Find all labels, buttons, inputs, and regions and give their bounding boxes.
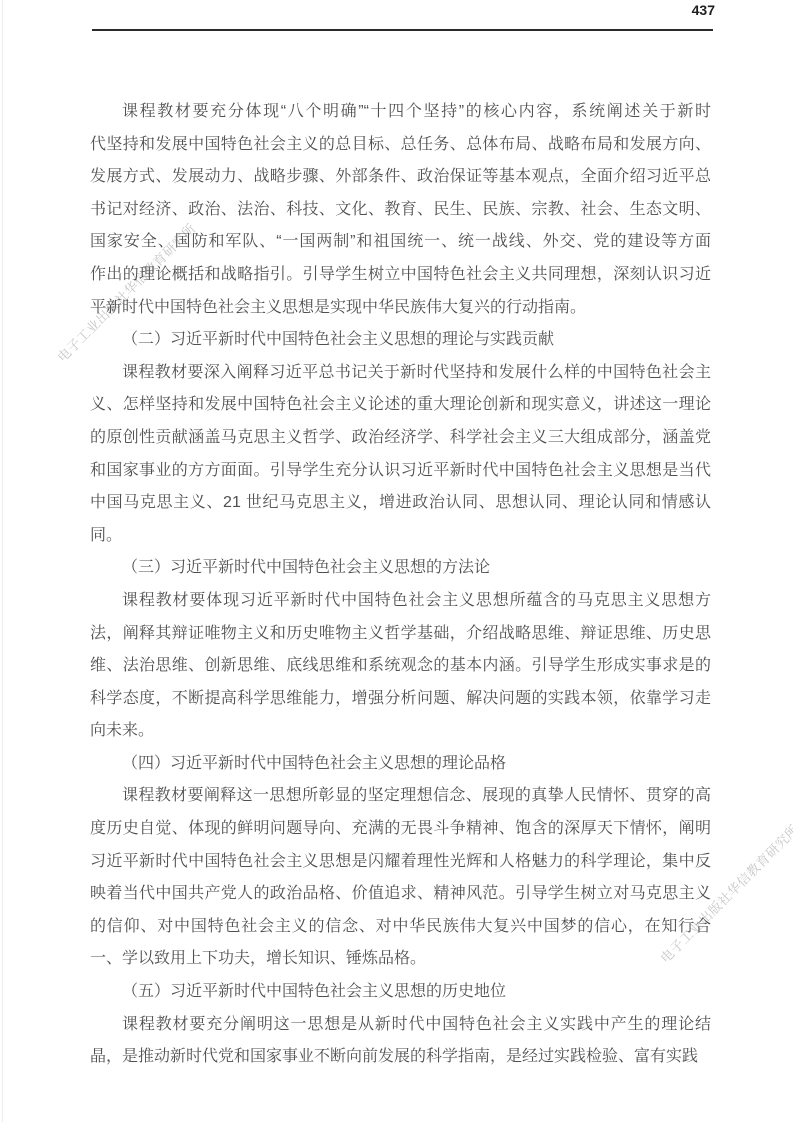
heading-line: （五）习近平新时代中国特色社会主义思想的历史地位 (90, 976, 711, 1009)
paragraph-line: 作出的理论概括和战略指引。引导学生树立中国特色社会主义共同理想，深刻认识习近 (90, 259, 711, 292)
page-number: 437 (630, 1, 715, 19)
paragraph-line: 代坚持和发展中国特色社会主义的总目标、总任务、总体布局、战略布局和发展方向、 (90, 129, 711, 162)
paragraph-line: 和国家事业的方方面面。引导学生充分认识习近平新时代中国特色社会主义思想是当代 (90, 455, 711, 488)
paragraph-line: 课程教材要充分体现“八个明确”“十四个坚持”的核心内容，系统阐述关于新时 (90, 96, 711, 129)
paragraph-line: 课程教材要阐释这一思想所彰显的坚定理想信念、展现的真挚人民情怀、贯穿的高 (90, 780, 711, 813)
paragraph-line: 映着当代中国共产党人的政治品格、价值追求、精神风范。引导学生树立对马克思主义 (90, 878, 711, 911)
paragraph-line: 的原创性贡献涵盖马克思主义哲学、政治经济学、科学社会主义三大组成部分，涵盖党 (90, 422, 711, 455)
paragraph-line: 的信仰、对中国特色社会主义的信念、对中华民族伟大复兴中国梦的信心，在知行合 (90, 911, 711, 944)
paragraph-line: 维、法治思维、创新思维、底线思维和系统观念的基本内涵。引导学生形成实事求是的 (90, 650, 711, 683)
paragraph-line: 法，阐释其辩证唯物主义和历史唯物主义哲学基础，介绍战略思维、辩证思维、历史思 (90, 618, 711, 651)
heading-line: （二）习近平新时代中国特色社会主义思想的理论与实践贡献 (90, 324, 711, 357)
paragraph-line: 科学态度，不断提高科学思维能力，增强分析问题、解决问题的实践本领，依靠学习走 (90, 683, 711, 716)
paragraph-line: 课程教材要体现习近平新时代中国特色社会主义思想所蕴含的马克思主义思想方 (90, 585, 711, 618)
paragraph-line: 中国马克思主义、21 世纪马克思主义，增进政治认同、思想认同、理论认同和情感认 (90, 487, 711, 520)
document-page: 437 电子工业出版社华信教育研究所电子工业出版社华信教育研究所 课程教材要充分… (0, 0, 793, 1122)
paragraph-line: 晶，是推动新时代党和国家事业不断向前发展的科学指南，是经过实践检验、富有实践 (90, 1041, 711, 1074)
paragraph-line: 课程教材要深入阐释习近平总书记关于新时代坚持和发展什么样的中国特色社会主 (90, 357, 711, 390)
paragraph-line: 习近平新时代中国特色社会主义思想是闪耀着理性光辉和人格魅力的科学理论，集中反 (90, 846, 711, 879)
paragraph-line: 平新时代中国特色社会主义思想是实现中华民族伟大复兴的行动指南。 (90, 292, 711, 325)
paragraph-line: 同。 (90, 520, 711, 553)
heading-line: （三）习近平新时代中国特色社会主义思想的方法论 (90, 552, 711, 585)
paragraph-line: 国家安全、国防和军队、“一国两制”和祖国统一、统一战线、外交、党的建设等方面 (90, 226, 711, 259)
paragraph-line: 发展方式、发展动力、战略步骤、外部条件、政治保证等基本观点，全面介绍习近平总 (90, 161, 711, 194)
paragraph-line: 义、怎样坚持和发展中国特色社会主义论述的重大理论创新和现实意义，讲述这一理论 (90, 389, 711, 422)
content-area: 课程教材要充分体现“八个明确”“十四个坚持”的核心内容，系统阐述关于新时代坚持和… (90, 96, 711, 1074)
paragraph-line: 度历史自觉、体现的鲜明问题导向、充满的无畏斗争精神、饱含的深厚天下情怀，阐明 (90, 813, 711, 846)
paragraph-line: 一、学以致用上下功夫，增长知识、锤炼品格。 (90, 943, 711, 976)
heading-line: （四）习近平新时代中国特色社会主义思想的理论品格 (90, 748, 711, 781)
scan-edge-line (2, 0, 3, 1122)
paragraph-line: 向未来。 (90, 715, 711, 748)
paragraph-line: 书记对经济、政治、法治、科技、文化、教育、民生、民族、宗教、社会、生态文明、 (90, 194, 711, 227)
paragraph-line: 课程教材要充分阐明这一思想是从新时代中国特色社会主义实践中产生的理论结 (90, 1009, 711, 1042)
header-rule (92, 29, 713, 31)
